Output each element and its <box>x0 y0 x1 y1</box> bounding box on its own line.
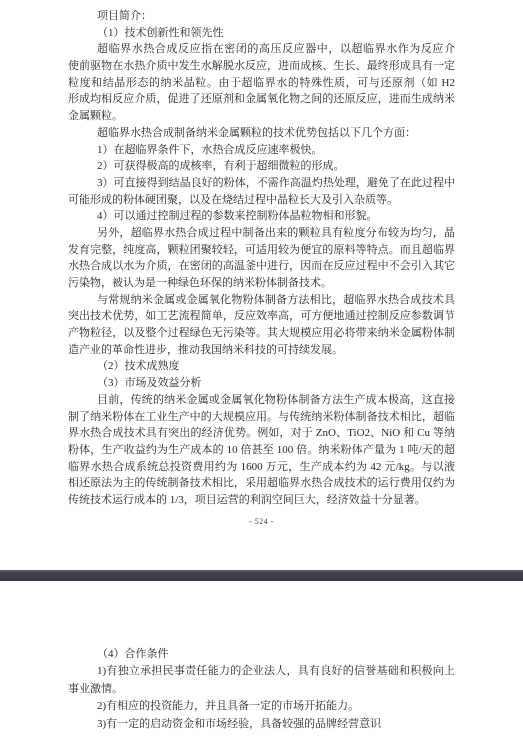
text-line: 粉体，生产收益约为生产成本的 10 倍甚至 100 倍。纳米粉体产量为 1 吨/… <box>68 442 455 459</box>
text-line: 造产业的革命性进步，推动我国纳米科技的可持续发展。 <box>68 342 455 359</box>
text-line: 超临界水热合成制备纳米金属颗粒的技术优势包括以下几个方面： <box>68 125 455 142</box>
text-line: 发育完整，纯度高，颗粒团聚较轻，可适用较为便宜的原料等特点。而且超临界 <box>68 242 455 259</box>
text-line: 突出技术优势，如工艺流程简单，反应效率高，可方便地通过控制反应参数调节 <box>68 308 455 325</box>
text-line: 污染物，被认为是一种绿色环保的纳米粉体制备技术。 <box>68 275 455 292</box>
text-line: 界水热合成技术具有突出的经济优势。例如，对于 ZnO、TiO2、NiO 和 Cu… <box>68 425 455 442</box>
text-line: 1)有独立承担民事责任能力的企业法人，具有良好的信誉基础和积极向上的 <box>68 663 455 680</box>
text-line: 金属颗粒。 <box>68 108 455 125</box>
text-line: 传统技术运行成本的 1/3，项目运营的利润空间巨大，经济效益十分显著。 <box>68 492 455 509</box>
text-line: 4）可以通过控制过程的参数来控制粉体晶粒物相和形貌。 <box>68 208 455 225</box>
text-line: 目前，传统的纳米金属或金属氧化物粉体制备方法生产成本极高，这直接限 <box>68 392 455 409</box>
text-line: （4）合作条件 <box>68 646 455 663</box>
text-line: 事业激情。 <box>68 681 455 698</box>
text-line: 超临界水热合成反应指在密闭的高压反应器中，以超临界水作为反应介质， <box>68 41 455 58</box>
text-line: 相还原法为主的传统制备技术相比，采用超临界水热合成技术的运行费用仅约为 <box>68 475 455 492</box>
text-line: 产物粒径，以及整个过程绿色无污染等。其大规模应用必将带来纳米金属粉体制 <box>68 325 455 342</box>
text-line: 粒度和结晶形态的纳米晶粒。由于超临界水的特殊性质，可与还原剂（如 H2 等） <box>68 75 455 92</box>
text-line: 3）可直接得到结晶良好的粉体，不需作高温灼热处理，避免了在此过程中 <box>68 175 455 192</box>
text-line: 3)有一定的启动资金和市场经验，具备较强的品牌经营意识 <box>68 716 455 733</box>
text-line: 水热合成以水为介质，在密闭的高温釜中进行，因而在反应过程中不会引入其它 <box>68 258 455 275</box>
text-line: 制了纳米粉体在工业生产中的大规模应用。与传统纳米粉体制备技术相比，超临 <box>68 409 455 426</box>
text-line: （1）技术创新性和领先性 <box>68 25 455 42</box>
text-line: 与常规纳米金属或金属氧化物粉体制备方法相比，超临界水热合成技术具有 <box>68 292 455 309</box>
text-line: 可能形成的粉体硬团聚，以及在烧结过程中晶粒长大及引入杂质等。 <box>68 192 455 209</box>
text-line: 2）可获得极高的成核率，有利于超细微粒的形成。 <box>68 158 455 175</box>
page-separator-bar <box>0 570 523 581</box>
page-number: - 524 - <box>0 517 523 526</box>
pdf-viewer: { "document": { "page1": { "page_number"… <box>0 0 523 736</box>
text-line: 形成均相反应介质，促进了还原剂和金属氧化物之间的还原反应，进而生成纳米 <box>68 91 455 108</box>
text-line: 2)有相应的投资能力，并且具备一定的市场开拓能力。 <box>68 698 455 715</box>
text-line: （3）市场及效益分析 <box>68 375 455 392</box>
text-line: 使前驱物在水热介质中发生水解脱水反应，进而成核、生长、最终形成具有一定 <box>68 58 455 75</box>
page-524-text: 项目简介：（1）技术创新性和领先性超临界水热合成反应指在密闭的高压反应器中，以超… <box>68 8 455 509</box>
text-line: 另外，超临界水热合成过程中制备出来的颗粒具有粒度分布较为均匀，晶粒 <box>68 225 455 242</box>
text-line: 1）在超临界条件下，水热合成反应速率极快。 <box>68 142 455 159</box>
text-line: 项目简介： <box>68 8 455 25</box>
text-line: （2）技术成熟度 <box>68 358 455 375</box>
text-line: 临界水热合成系统总投资费用约为 1600 万元，生产成本约为 42 元/kg。与… <box>68 459 455 476</box>
page-525-text: （4）合作条件1)有独立承担民事责任能力的企业法人，具有良好的信誉基础和积极向上… <box>68 646 455 733</box>
